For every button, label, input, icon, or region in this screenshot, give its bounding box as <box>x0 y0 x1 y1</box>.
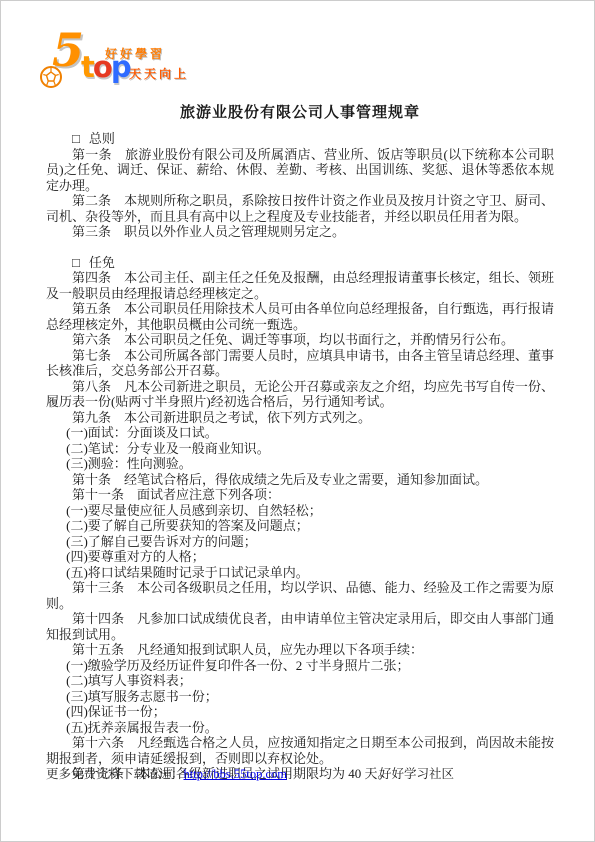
list-item: (一)缴验学历及经历证件复印件各一份、2 寸半身照片二张； <box>46 658 554 674</box>
footer-prefix: 更多免费资料下载请进： <box>46 767 184 781</box>
article-paragraph: 第二条 本规则所称之职员，系除按日按件计资之作业员及按月计资之守卫、厨司、司机、… <box>46 193 554 224</box>
article-paragraph: 第三条 职员以外作业人员之管理规则另定之。 <box>46 224 554 240</box>
download-link[interactable]: http://bbs.55top.com <box>184 767 287 781</box>
list-item: (三)填写服务志愿书一份； <box>46 689 554 705</box>
list-item: (三)测验：性向测验。 <box>46 456 554 472</box>
page-footer: 更多免费资料下载请进：http://bbs.55top.com好好学习社区 <box>46 764 454 782</box>
article-paragraph: 第八条 凡本公司新进之职员，无论公开召募或亲友之介绍，均应先书写自传一份、履历表… <box>46 379 554 410</box>
list-item: (五)将口试结果随时记录于口试记录单内。 <box>46 565 554 581</box>
list-item: (一)面试：分面谈及口试。 <box>46 425 554 441</box>
logo-slogan-top: 好好學習 <box>105 45 165 62</box>
document-title: 旅游业股份有限公司人事管理规章 <box>46 101 554 122</box>
section-bullet-icon: □ <box>72 131 80 146</box>
section-heading: □任免 <box>46 255 554 271</box>
article-paragraph: 第一条 旅游业股份有限公司及所属酒店、营业所、饭店等职员(以下统称本公司职员)之… <box>46 147 554 194</box>
list-item: (四)要尊重对方的人格； <box>46 549 554 565</box>
article-paragraph: 第十六条 凡经甄选合格之人员，应按通知指定之日期至本公司报到，尚因故未能按期报到… <box>46 735 554 766</box>
logo-letter-t: t <box>81 50 93 84</box>
article-paragraph: 第十四条 凡参加口试成绩优良者，由申请单位主管决定录用后，即交由人事部门通知报到… <box>46 611 554 642</box>
site-logo: 5 top 好好學習 天天向上 <box>39 37 209 95</box>
list-item: (五)抚养亲属报告表一份。 <box>46 720 554 736</box>
article-paragraph: 第六条 本公司职员之任免、调迁等事项，均以书面行之，并酌情另行公布。 <box>46 332 554 348</box>
section-heading: □总则 <box>46 131 554 147</box>
article-paragraph: 第十一条 面试者应注意下列各项： <box>46 487 554 503</box>
document-body: 旅游业股份有限公司人事管理规章 □总则第一条 旅游业股份有限公司及所属酒店、营业… <box>46 101 554 782</box>
article-paragraph: 第九条 本公司新进职员之考试，依下列方式列之。 <box>46 410 554 426</box>
list-item: (一)要尽量使应征人员感到亲切、自然轻松； <box>46 503 554 519</box>
section-heading-label: 任免 <box>89 255 115 270</box>
section-bullet-icon: □ <box>72 255 80 270</box>
article-paragraph: 第五条 本公司职员任用除技术人员可由各单位向总经理报备，自行甄选，再行报请总经理… <box>46 301 554 332</box>
blank-line <box>46 240 554 255</box>
section-heading-label: 总则 <box>89 131 115 146</box>
article-paragraph: 第十条 经笔试合格后，得依成绩之先后及专业之需要，通知参加面试。 <box>46 472 554 488</box>
article-paragraph: 第十五条 凡经通知报到试职人员，应先办理以下各项手续： <box>46 642 554 658</box>
article-paragraph: 第十三条 本公司各级职员之任用，均以学识、品德、能力、经验及工作之需要为原则。 <box>46 580 554 611</box>
logo-number: 5 <box>52 27 84 73</box>
article-paragraph: 第七条 本公司所属各部门需要人员时，应填具申请书，由各主管呈请总经理、董事长核准… <box>46 348 554 379</box>
logo-slogan-bottom: 天天向上 <box>129 65 189 82</box>
list-item: (二)笔试：分专业及一般商业知识。 <box>46 441 554 457</box>
regulation-text: □总则第一条 旅游业股份有限公司及所属酒店、营业所、饭店等职员(以下统称本公司职… <box>46 131 554 782</box>
list-item: (四)保证书一份； <box>46 704 554 720</box>
document-page: 5 top 好好學習 天天向上 旅游业股份有限公司人事管理规章 □总则第一条 旅… <box>0 0 595 842</box>
list-item: (二)填写人事资料表； <box>46 673 554 689</box>
list-item: (三)了解自己要告诉对方的问题； <box>46 534 554 550</box>
list-item: (二)要了解自己所要获知的答案及问题点； <box>46 518 554 534</box>
footer-community: 好好学习社区 <box>379 767 454 781</box>
article-paragraph: 第四条 本公司主任、副主任之任免及报酬，由总经理报请董事长核定，组长、领班及一般… <box>46 270 554 301</box>
